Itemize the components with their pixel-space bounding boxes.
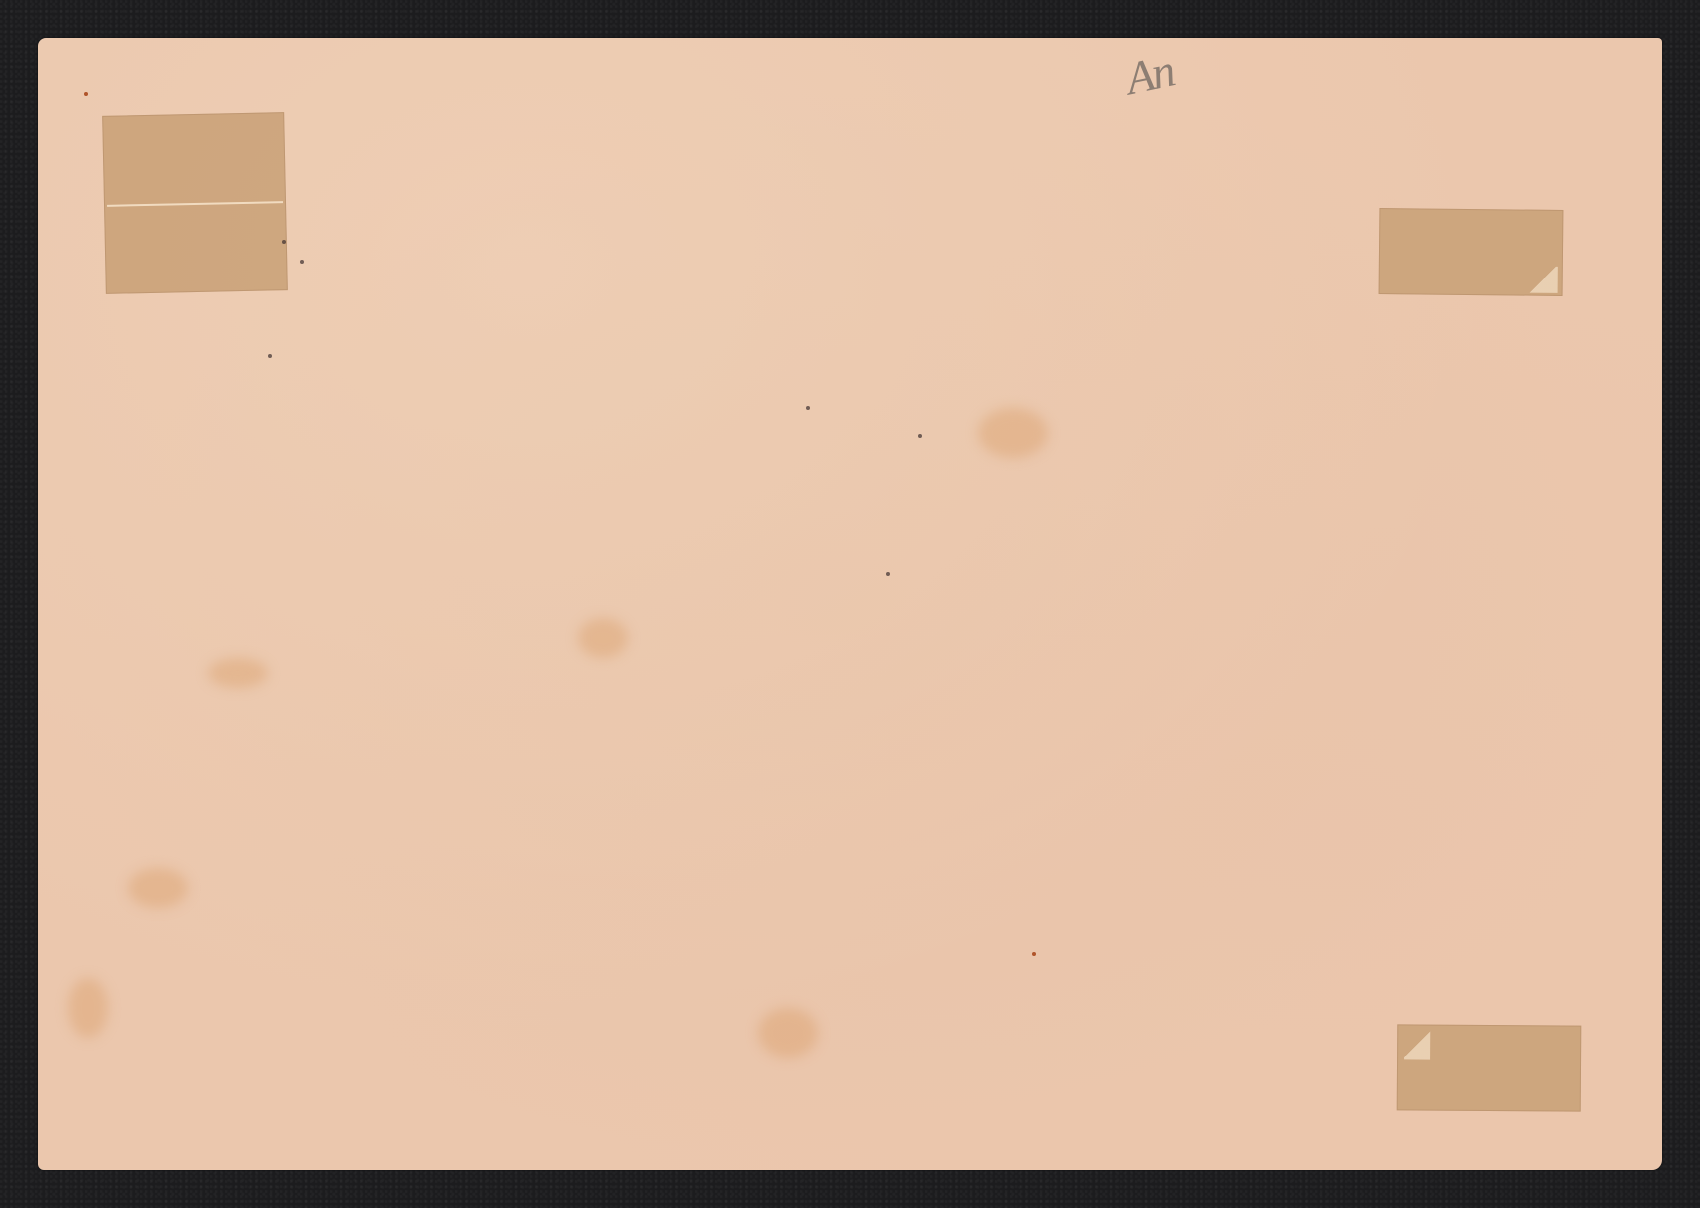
speck	[1032, 952, 1036, 956]
tape-curl	[1404, 1029, 1430, 1059]
foxing-stain	[578, 618, 628, 658]
tape-curl	[1528, 267, 1558, 293]
speck	[268, 354, 272, 358]
speck	[300, 260, 304, 264]
foxing-stain	[128, 868, 188, 908]
speck	[806, 406, 810, 410]
tape-top-right	[1379, 208, 1564, 296]
pencil-note: An	[1121, 44, 1178, 106]
speck	[886, 572, 890, 576]
foxing-stain	[758, 1008, 818, 1058]
foxing-stain	[208, 658, 268, 688]
postcard: An	[38, 38, 1662, 1170]
speck	[84, 92, 88, 96]
foxing-stain	[68, 978, 108, 1038]
tape-bottom-right	[1397, 1024, 1582, 1111]
foxing-stain	[978, 408, 1048, 458]
speck	[282, 240, 286, 244]
speck	[918, 434, 922, 438]
tape-top-left	[102, 112, 288, 294]
